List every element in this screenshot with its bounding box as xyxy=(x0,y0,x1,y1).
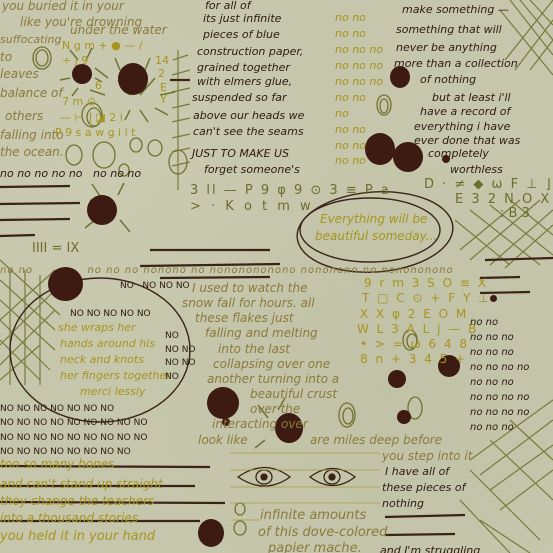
symbol-row: N g m + ● — / xyxy=(62,40,142,51)
tally-roman: IIII = IX xyxy=(32,242,79,255)
center-line: its just infinite xyxy=(203,13,281,24)
snow-line: look like xyxy=(198,434,248,446)
struck-line: they change the teachers xyxy=(0,495,154,507)
symbol-grid-row: 9 r m 3 S O ≡ X xyxy=(364,277,488,289)
struck-line: too so many bones xyxy=(0,458,114,470)
right-line: make something — xyxy=(402,4,509,15)
left-line: under the water xyxy=(70,24,167,36)
right-line: have a record of xyxy=(420,106,510,117)
bottom-left-line: you held it in your hand xyxy=(0,530,155,543)
symbol-grid-row: W L 3 A L j — B xyxy=(357,323,478,335)
bottom-right-line: I have all of xyxy=(385,466,449,477)
struck-line: and can't stand up straight xyxy=(0,478,163,490)
right-line: completely xyxy=(428,148,489,159)
no-scatter: NO NO NO NO NO xyxy=(70,310,151,319)
left-line: others xyxy=(5,110,43,122)
symbol-grid-row: T □ C ⊙ + F Y ⊥ xyxy=(362,292,491,304)
symbol-row: Y xyxy=(160,94,167,105)
no-row: no no no no no no no no xyxy=(0,168,141,179)
bottom-right-line: and I'm struggling xyxy=(380,545,480,553)
snow-line: into the last xyxy=(218,343,290,355)
big-circle-bottom-left xyxy=(10,278,190,422)
center-line: above our heads we xyxy=(193,110,304,121)
bottom-right-line: these pieces of xyxy=(382,482,466,493)
snow-line: over the xyxy=(250,403,300,415)
symbol-row: — ⊢ ⌋ ◪ 2 i xyxy=(60,112,123,123)
left-line: leaves xyxy=(0,68,39,80)
snow-line: falling and melting xyxy=(205,327,318,339)
symbol-row: P 9 s a w g i i t xyxy=(55,127,135,138)
symbol-row: > · K o t m w xyxy=(190,200,314,213)
no-column: no nono nono no nono no nono no nono non… xyxy=(335,10,383,169)
symbol-row: 7 m ⊙ xyxy=(62,96,96,107)
circle-line: neck and knots xyxy=(60,354,144,365)
left-line: balance of xyxy=(0,87,63,99)
snow-line: snow fall for hours. all xyxy=(182,297,315,309)
symbol-row: 3 ll — P 9 φ 9 ⊙ 3 ≡ P a xyxy=(190,184,391,197)
right-line: everything i have xyxy=(414,121,510,132)
center-line: JUST TO MAKE US xyxy=(192,148,289,159)
circle-line: merci lessly xyxy=(80,386,145,397)
vertical-tally-stack xyxy=(172,50,190,190)
symbol-row: ÷ j 9 xyxy=(62,55,88,66)
ink-blot xyxy=(397,410,411,424)
right-line: ever done that was xyxy=(414,135,520,146)
snow-line: I used to watch the xyxy=(192,282,307,294)
snow-line: are miles deep before xyxy=(310,434,442,446)
circle-line: her fingers together xyxy=(60,370,171,381)
symbol-row: D · ≠ ◆ ω F ⊥ ⌋ xyxy=(424,178,553,191)
bottom-center-line: infinite amounts xyxy=(260,509,366,522)
bottom-center-line: of this dove-colored xyxy=(258,526,387,539)
ink-blot xyxy=(118,63,148,95)
center-line: pieces of blue xyxy=(203,29,280,40)
right-line: never be anything xyxy=(396,42,497,53)
left-line: to xyxy=(0,51,12,63)
symbol-grid-row: 8 n + 3 4 5 + xyxy=(360,353,467,365)
ink-blot xyxy=(207,387,239,419)
fabric-pattern: you buried it in your like you're drowni… xyxy=(0,0,553,553)
left-line: suffocating xyxy=(0,34,61,45)
bottom-center-line: papier mache. xyxy=(268,542,362,553)
ink-blot xyxy=(490,295,497,302)
ink-blot xyxy=(87,195,117,225)
snow-line: interacting over xyxy=(212,418,308,430)
snow-line: another turning into a xyxy=(207,373,339,385)
struck-line: into a thousand stories xyxy=(0,512,138,524)
no-scatter: NO NO NO NO xyxy=(120,282,190,291)
no-scatter: NO NO NO NO NO NO NONO NO NO NO NO NO NO… xyxy=(0,402,147,460)
right-line: of nothing xyxy=(420,74,476,85)
snow-line: collapsing over one xyxy=(213,358,330,370)
right-line: something that will xyxy=(396,24,502,35)
snow-line: these flakes just xyxy=(195,312,294,324)
oval-line: Everything will be xyxy=(320,213,427,225)
symbol-row: : B 3 xyxy=(500,207,530,220)
symbol-row: E 3 2 N O X xyxy=(455,193,551,206)
symbol-row: 2 xyxy=(158,68,165,79)
center-line: construction paper, xyxy=(197,46,303,57)
left-line: the ocean. xyxy=(0,146,64,158)
symbol-row: 6 xyxy=(95,80,102,91)
center-line: forget someone's xyxy=(204,164,300,175)
ink-blot xyxy=(198,519,224,547)
snow-line: you step into it xyxy=(382,450,472,462)
center-line: grained together xyxy=(197,62,290,73)
center-line: with elmers glue, xyxy=(197,76,292,87)
no-row: no no no no no nonono no nononononono no… xyxy=(0,266,454,276)
oval-line: beautiful someday... xyxy=(315,230,437,242)
circle-line: hands around his xyxy=(60,338,155,349)
center-line: can't see the seams xyxy=(193,126,304,137)
center-line: for all of xyxy=(205,0,251,11)
ink-blot xyxy=(388,370,406,388)
right-line: worthless xyxy=(450,164,503,175)
bottom-right-line: nothing xyxy=(382,498,424,509)
right-line: but at least i'll xyxy=(432,92,511,103)
left-line: you buried it in your xyxy=(2,0,124,12)
center-line: suspended so far xyxy=(192,92,286,103)
symbol-grid-row: • > = ω 6 4 8 xyxy=(360,338,469,350)
ink-blot xyxy=(72,64,92,84)
symbol-row: E xyxy=(160,82,167,93)
right-line: more than a collection xyxy=(394,58,518,69)
symbol-grid-row: X X φ 2 E O M xyxy=(360,308,468,320)
symbol-row: 14 xyxy=(155,55,169,66)
snow-line: beautiful crust xyxy=(250,388,337,400)
no-scatter: NONO NONO NONO xyxy=(165,330,196,384)
no-scatter-right: no nono no nono no nono no no nono no no… xyxy=(470,315,529,435)
circle-line: she wraps her xyxy=(58,322,136,333)
